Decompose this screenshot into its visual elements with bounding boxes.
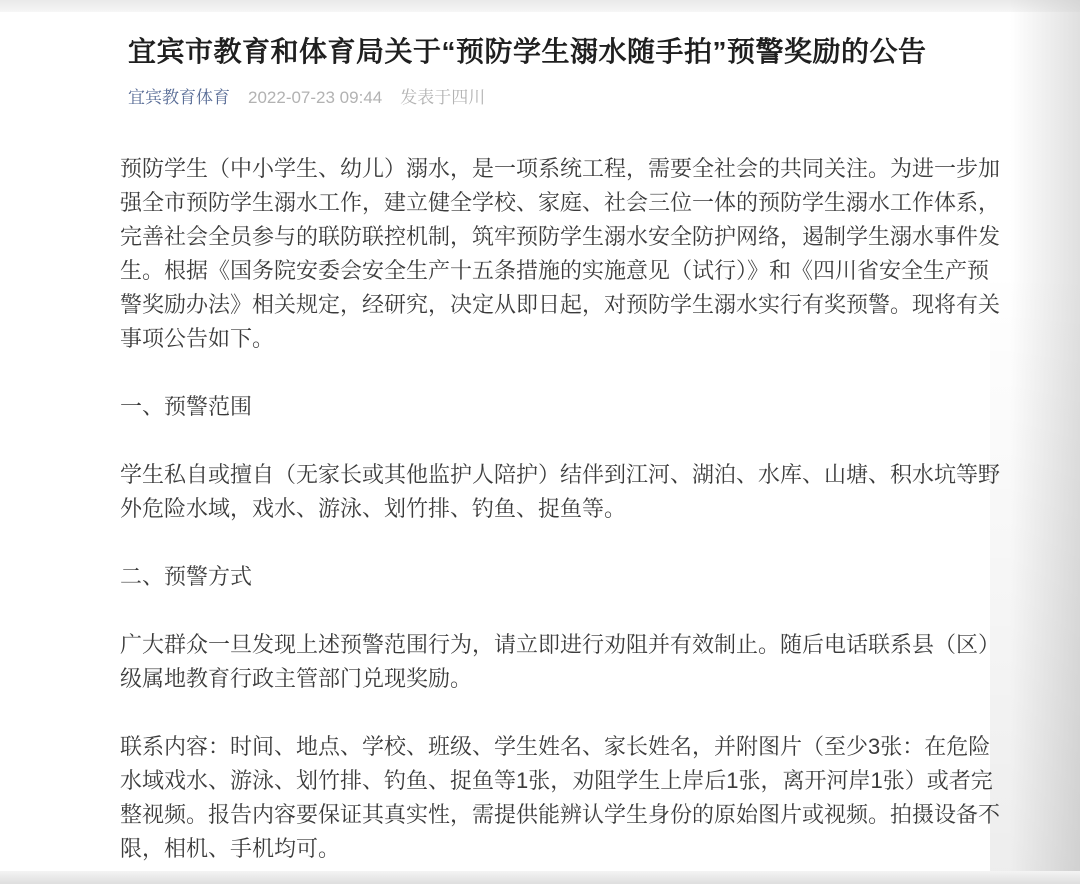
paragraph-intro: 预防学生（中小学生、幼儿）溺水，是一项系统工程，需要全社会的共同关注。为进一步加… (120, 152, 1000, 356)
section-heading-scope: 一、预警范围 (120, 390, 1000, 424)
publish-datetime: 2022-07-23 09:44 (248, 86, 382, 110)
article-title: 宜宾市教育和体育局关于“预防学生溺水随手拍”预警奖励的公告 (120, 32, 1000, 72)
article-body: 预防学生（中小学生、幼儿）溺水，是一项系统工程，需要全社会的共同关注。为进一步加… (120, 152, 1000, 866)
bottom-edge-divider (0, 871, 1080, 884)
paragraph-contact-content: 联系内容：时间、地点、学校、班级、学生姓名、家长姓名，并附图片（至少3张：在危险… (120, 730, 1000, 866)
article-content: 宜宾市教育和体育局关于“预防学生溺水随手拍”预警奖励的公告 宜宾教育体育 202… (0, 0, 1080, 866)
account-name-link[interactable]: 宜宾教育体育 (128, 86, 230, 110)
paragraph-scope: 学生私自或擅自（无家长或其他监护人陪护）结伴到江河、湖泊、水库、山塘、积水坑等野… (120, 458, 1000, 526)
article-page: 宜宾市教育和体育局关于“预防学生溺水随手拍”预警奖励的公告 宜宾教育体育 202… (0, 0, 1080, 884)
publish-location: 发表于四川 (400, 86, 485, 110)
paragraph-method: 广大群众一旦发现上述预警范围行为，请立即进行劝阻并有效制止。随后电话联系县（区）… (120, 628, 1000, 696)
section-heading-method: 二、预警方式 (120, 560, 1000, 594)
byline: 宜宾教育体育 2022-07-23 09:44 发表于四川 (120, 86, 1000, 110)
